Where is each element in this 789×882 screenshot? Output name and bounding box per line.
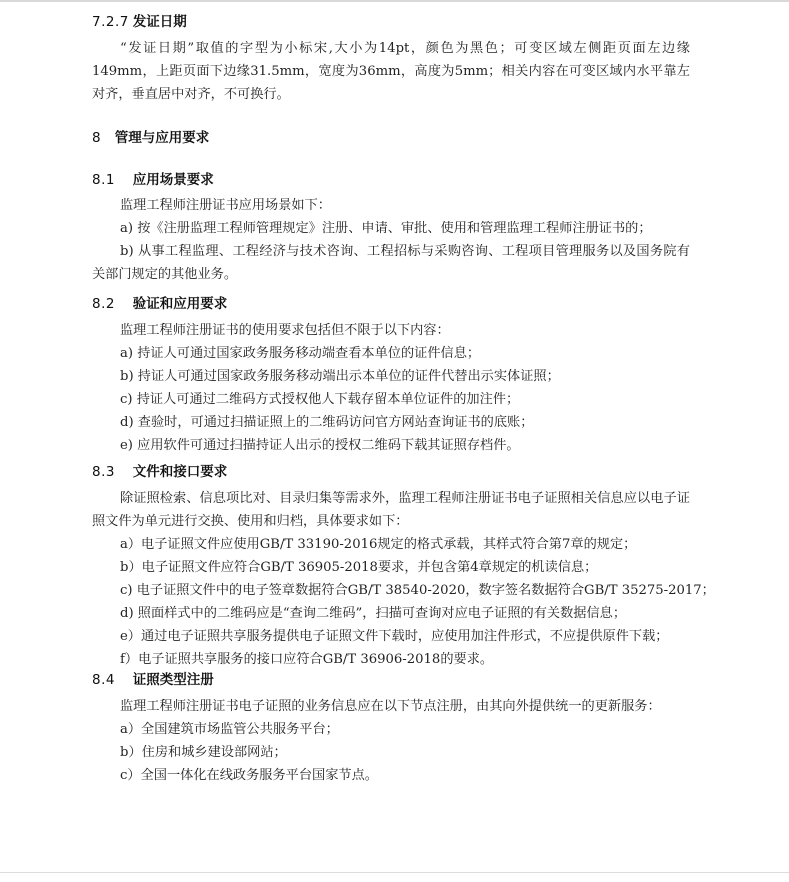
section-title: 文件和接口要求: [133, 464, 228, 480]
paragraph-intro: 监理工程师注册证书电子证照的业务信息应在以下节点注册，由其向外提供统一的更新服务…: [92, 695, 720, 718]
list-item: c) 电子证照文件中的电子签章数据符合GB/T 38540-2020，数字签名数…: [92, 579, 720, 602]
section-heading-8-3: 8.3 文件和接口要求: [92, 460, 227, 480]
paragraph-intro: 监理工程师注册证书的使用要求包括但不限于以下内容：: [92, 319, 720, 342]
list-item: a）电子证照文件应使用GB/T 33190-2016规定的格式承载，其样式符合第…: [92, 533, 720, 556]
section-number: 7.2.7: [92, 14, 128, 30]
section-heading-8-4: 8.4 证照类型注册: [92, 668, 214, 688]
section-title: 验证和应用要求: [133, 296, 228, 312]
list-item: a）全国建筑市场监管公共服务平台；: [92, 718, 720, 741]
page-bottom-border: [0, 872, 789, 873]
section-number: 8.2: [92, 296, 128, 312]
list-item: c) 持证人可通过二维码方式授权他人下载存留本单位证件的加注件；: [92, 388, 720, 411]
list-item: e) 应用软件可通过扫描持证人出示的授权二维码下载其证照存档件。: [92, 434, 720, 457]
list-item: b）住房和城乡建设部网站；: [92, 741, 720, 764]
section-number: 8.3: [92, 464, 128, 480]
section-heading-8-2: 8.2 验证和应用要求: [92, 292, 227, 312]
section-heading-8-1: 8.1 应用场景要求: [92, 168, 214, 188]
section-title: 应用场景要求: [133, 172, 214, 188]
section-title: 证照类型注册: [133, 672, 214, 688]
section-title: 发证日期: [133, 14, 187, 30]
section-heading-8: 8 管理与应用要求: [92, 126, 209, 146]
list-item: e）通过电子证照共享服务提供电子证照文件下载时，应使用加注件形式，不应提供原件下…: [92, 625, 720, 648]
paragraph-intro: 除证照检索、信息项比对、目录归集等需求外，监理工程师注册证书电子证照相关信息应以…: [92, 487, 690, 533]
section-number: 8.4: [92, 672, 128, 688]
list-item: c）全国一体化在线政务服务平台国家节点。: [92, 764, 720, 787]
paragraph-issue-date: “发证日期”取值的字型为小标宋,大小为14pt，颜色为黑色；可变区域左侧距页面左…: [92, 37, 690, 106]
section-number: 8.1: [92, 172, 128, 188]
list-item: d) 照面样式中的二维码应是“查询二维码”，扫描可查询对应电子证照的有关数据信息…: [92, 602, 720, 625]
section-title: 管理与应用要求: [115, 130, 210, 146]
page-top-border: [0, 0, 789, 2]
list-item: b）电子证照文件应符合GB/T 36905-2018要求，并包含第4章规定的机读…: [92, 556, 720, 579]
list-item: b) 从事工程监理、工程经济与技术咨询、工程招标与采购咨询、工程项目管理服务以及…: [92, 240, 690, 286]
list-item: a) 按《注册监理工程师管理规定》注册、申请、审批、使用和管理监理工程师注册证书…: [92, 217, 720, 240]
list-item: a) 持证人可通过国家政务服务移动端查看本单位的证件信息；: [92, 342, 720, 365]
list-item: d) 查验时，可通过扫描证照上的二维码访问官方网站查询证书的底账；: [92, 411, 720, 434]
paragraph-intro: 监理工程师注册证书应用场景如下：: [92, 194, 720, 217]
section-number: 8: [92, 130, 110, 146]
section-heading-7-2-7: 7.2.7 发证日期: [92, 10, 187, 30]
list-item: b) 持证人可通过国家政务服务移动端出示本单位的证件代替出示实体证照；: [92, 365, 720, 388]
